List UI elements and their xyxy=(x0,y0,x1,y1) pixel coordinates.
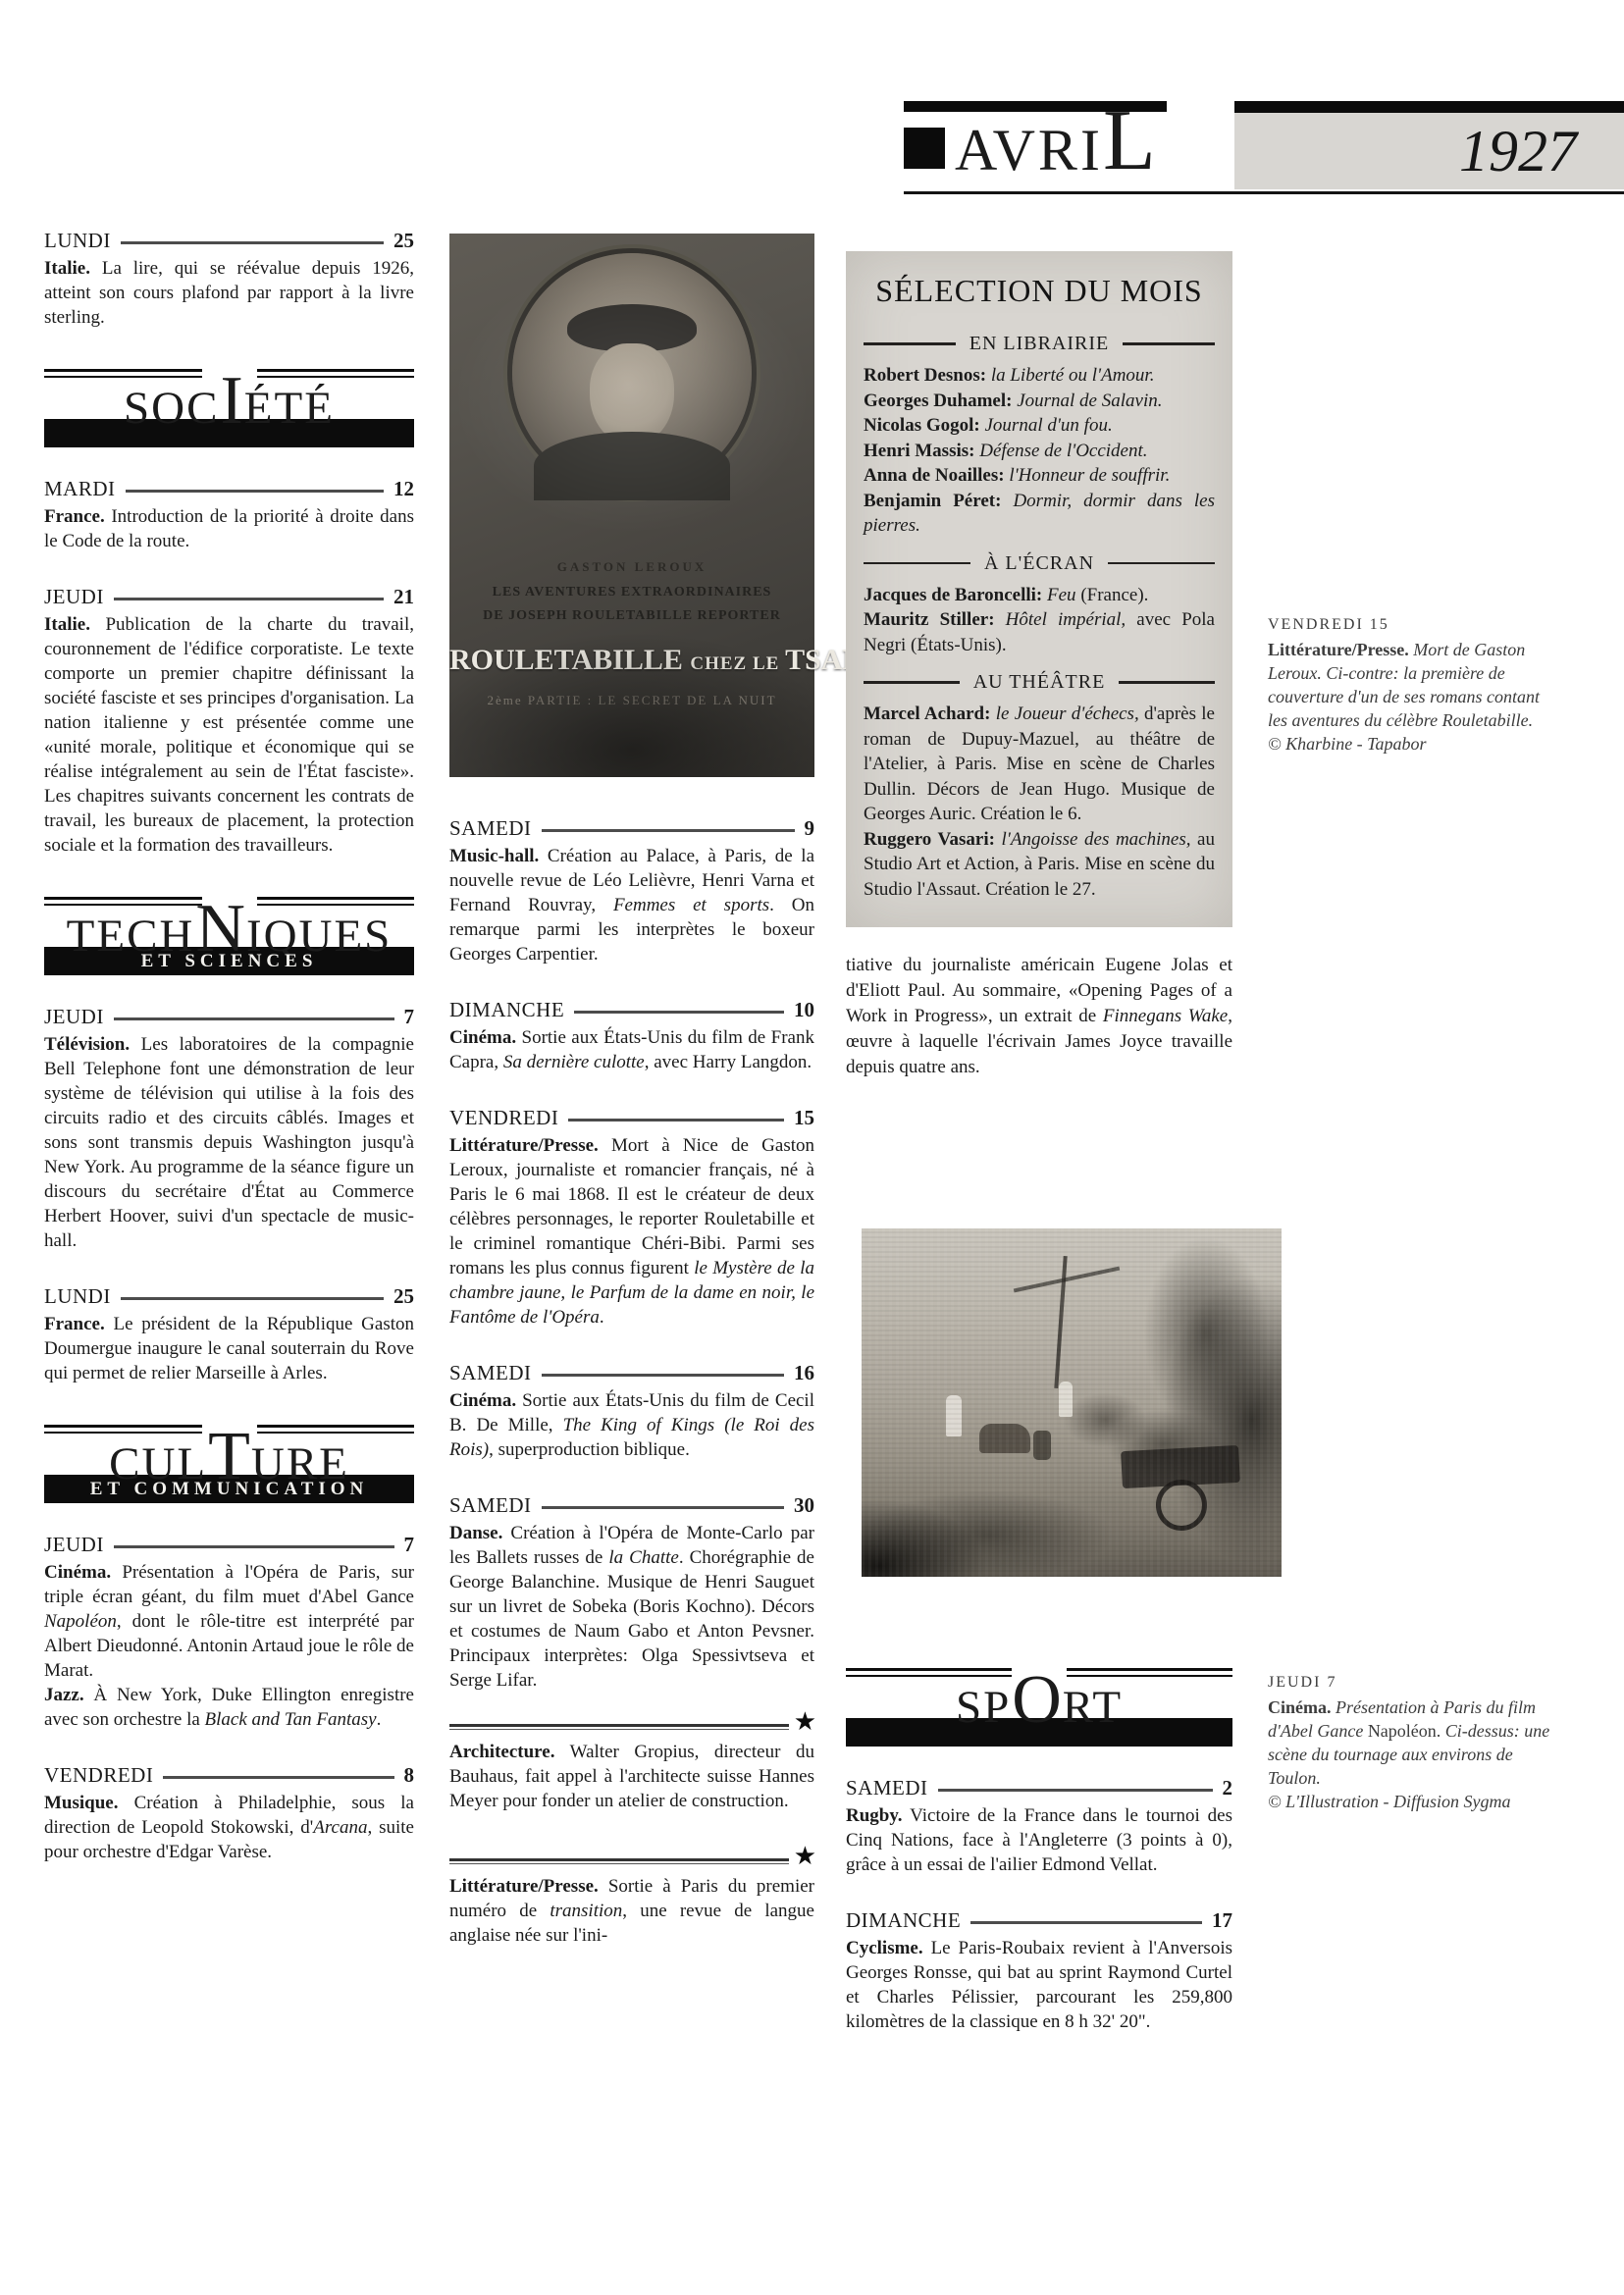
middle-entries: SAMEDI9Music-hall. Création au Palace, à… xyxy=(449,816,814,1948)
entry-rule xyxy=(542,1374,784,1377)
entry-header: SAMEDI16 xyxy=(449,1361,814,1385)
selection-item: Marcel Achard: le Joueur d'échecs, d'apr… xyxy=(864,702,1215,827)
entry-day-label: JEUDI xyxy=(44,1005,104,1029)
text-segment: Sa dernière culotte xyxy=(503,1052,645,1072)
star-item-text: Architecture. Walter Gropius, directeur … xyxy=(449,1740,814,1813)
cover-title-main: ROULETABILLE xyxy=(449,644,690,676)
entry-text: Danse. Création à l'Opéra de Monte-Carlo… xyxy=(449,1521,814,1693)
text-segment: la Chatte xyxy=(608,1547,678,1568)
entry-header: JEUDI7 xyxy=(44,1005,414,1029)
selection-item: Georges Duhamel: Journal de Salavin. xyxy=(864,389,1215,414)
rouletabille-book-cover: GASTON LEROUX LES AVENTURES EXTRAORDINAI… xyxy=(449,234,814,777)
line-segment xyxy=(846,1668,1012,1677)
text-segment: La lire, qui se réévalue depuis 1926, at… xyxy=(44,258,414,328)
text-segment: Italie. xyxy=(44,258,90,279)
entry-day-number: 16 xyxy=(794,1361,814,1385)
section-title-big-letter: I xyxy=(220,367,242,436)
entry-rule xyxy=(568,1119,784,1121)
cover-author: GASTON LEROUX xyxy=(449,559,814,575)
entry-day-label: SAMEDI xyxy=(449,1493,532,1518)
text-segment: . xyxy=(377,1709,382,1730)
caption-text: Littérature/Presse. Mort de Gaston Lerou… xyxy=(1268,638,1562,756)
calendar-entry: JEUDI7Cinéma. Présentation à l'Opéra de … xyxy=(44,1533,414,1732)
month-text: AVRI xyxy=(955,124,1103,177)
entry-header: VENDREDI15 xyxy=(449,1106,814,1130)
cover-title-small: CHEZ LE xyxy=(690,653,785,674)
cover-portrait-cap xyxy=(567,304,697,351)
line-segment xyxy=(44,369,202,378)
entry-header: DIMANCHE10 xyxy=(449,998,814,1022)
selection-item: Robert Desnos: la Liberté ou l'Amour. xyxy=(864,363,1215,389)
cover-series-line1: LES AVENTURES EXTRAORDINAIRES xyxy=(449,585,814,600)
selection-item: Nicolas Gogol: Journal d'un fou. xyxy=(864,413,1215,439)
section-black-bar: ET COMMUNICATION xyxy=(44,1475,414,1503)
entry-text: Italie. Publication de la charte du trav… xyxy=(44,612,414,858)
star-separator-line xyxy=(449,1858,789,1864)
cover-title: ROULETABILLE CHEZ LE TSAR xyxy=(449,644,814,677)
entry-day-number: 21 xyxy=(393,585,414,609)
cover-subtitle: 2ème PARTIE : LE SECRET DE LA NUIT xyxy=(449,693,814,708)
continuation-paragraph: tiative du journaliste américain Eugene … xyxy=(846,953,1232,1080)
entry-header: LUNDI25 xyxy=(44,229,414,253)
entry-text: Littérature/Presse. Mort à Nice de Gasto… xyxy=(449,1133,814,1330)
line-segment xyxy=(257,897,415,906)
calendar-entry: SAMEDI9Music-hall. Création au Palace, à… xyxy=(449,816,814,966)
selection-item: Henri Massis: Défense de l'Occident. xyxy=(864,439,1215,464)
calendar-entry: LUNDI25Italie. La lire, qui se réévalue … xyxy=(44,229,414,330)
year-text: 1927 xyxy=(1459,118,1624,185)
cover-portrait-circle xyxy=(512,253,752,493)
entry-day-label: JEUDI xyxy=(44,585,104,609)
text-segment: Henri Massis: xyxy=(864,441,974,461)
calendar-entry: JEUDI7Télévision. Les laboratoires de la… xyxy=(44,1005,414,1253)
text-segment: Femmes et sports xyxy=(613,895,769,915)
group-header-line xyxy=(1123,342,1215,345)
line-segment xyxy=(44,897,202,906)
star-icon: ★ xyxy=(794,1707,816,1737)
right-column-lower: SPORTSAMEDI2Rugby. Victoire de la France… xyxy=(846,1668,1232,2065)
text-segment: Cinéma. xyxy=(1268,1697,1332,1717)
text-segment: Finnegans Wake xyxy=(1103,1006,1228,1026)
group-header-line xyxy=(864,681,960,684)
text-segment: Anna de Noailles: xyxy=(864,465,1005,486)
entry-text: France. Le président de la République Ga… xyxy=(44,1312,414,1385)
calendar-entry: SAMEDI16Cinéma. Sortie aux États-Unis du… xyxy=(449,1361,814,1462)
black-square-icon xyxy=(904,128,945,169)
cover-series-line2: DE JOSEPH ROULETABILLE REPORTER xyxy=(449,608,814,624)
calendar-entry: VENDREDI15Littérature/Presse. Mort à Nic… xyxy=(449,1106,814,1330)
text-segment: le Joueur d'échecs, xyxy=(990,704,1138,724)
text-segment: © Kharbine - Tapabor xyxy=(1268,734,1427,754)
entry-day-label: MARDI xyxy=(44,477,116,501)
selection-group-header: AU THÉÂTRE xyxy=(864,671,1215,694)
calendar-entry: JEUDI21Italie. Publication de la charte … xyxy=(44,585,414,858)
selection-title: SÉLECTION DU MOIS xyxy=(864,273,1215,309)
section-title-post: RT xyxy=(1063,1685,1123,1731)
text-segment: l'Angoisse des machines, xyxy=(995,829,1191,850)
group-header-line xyxy=(1108,562,1215,565)
text-segment: Georges Duhamel: xyxy=(864,391,1012,411)
star-separated-item: ★Architecture. Walter Gropius, directeur… xyxy=(449,1724,814,1813)
text-segment: Rugby. xyxy=(846,1805,903,1826)
caption-text: Cinéma. Présentation à Paris du film d'A… xyxy=(1268,1695,1562,1813)
entry-rule xyxy=(970,1921,1202,1924)
year-box: 1927 xyxy=(1234,113,1624,189)
entry-day-number: 10 xyxy=(794,998,814,1022)
text-segment: Jazz. xyxy=(44,1685,84,1705)
text-segment: Arcana xyxy=(313,1817,367,1838)
text-segment: Littérature/Presse. xyxy=(449,1135,599,1156)
text-segment: transition xyxy=(550,1901,622,1921)
entry-rule xyxy=(938,1789,1213,1792)
star-icon: ★ xyxy=(794,1842,816,1871)
calendar-entry: SAMEDI2Rugby. Victoire de la France dans… xyxy=(846,1776,1232,1877)
selection-group-label: À L'ÉCRAN xyxy=(970,552,1108,575)
text-segment: Hôtel impérial, xyxy=(995,609,1126,630)
selection-group-label: AU THÉÂTRE xyxy=(960,671,1120,694)
entry-rule xyxy=(114,1545,394,1548)
text-segment: Feu xyxy=(1042,585,1075,605)
text-segment: Télévision. xyxy=(44,1034,130,1055)
text-segment: Napoléon xyxy=(44,1611,117,1632)
entry-text: Télévision. Les laboratoires de la compa… xyxy=(44,1032,414,1253)
text-segment: Music-hall. xyxy=(449,846,539,866)
entry-header: VENDREDI8 xyxy=(44,1763,414,1788)
entry-day-number: 30 xyxy=(794,1493,814,1518)
month-big-letter: L xyxy=(1103,106,1156,177)
entry-rule xyxy=(114,598,384,600)
line-segment xyxy=(1067,1668,1232,1677)
left-column: LUNDI25Italie. La lire, qui se réévalue … xyxy=(44,229,414,1896)
entry-day-label: VENDREDI xyxy=(44,1763,153,1788)
text-segment: Journal de Salavin. xyxy=(1012,391,1162,411)
entry-text: Italie. La lire, qui se réévalue depuis … xyxy=(44,256,414,330)
text-segment: © L'Illustration - Diffusion Sygma xyxy=(1268,1792,1511,1811)
text-segment: Robert Desnos: xyxy=(864,365,986,386)
section-title-pre: SOC xyxy=(124,386,219,432)
text-segment: Journal d'un fou. xyxy=(980,415,1113,436)
entry-header: SAMEDI2 xyxy=(846,1776,1232,1800)
text-segment: Benjamin Péret: xyxy=(864,491,1001,511)
entry-day-label: DIMANCHE xyxy=(449,998,564,1022)
entry-rule xyxy=(574,1011,784,1014)
entry-day-number: 8 xyxy=(404,1763,415,1788)
entry-header: SAMEDI30 xyxy=(449,1493,814,1518)
entry-text: Music-hall. Création au Palace, à Paris,… xyxy=(449,844,814,966)
entry-day-label: DIMANCHE xyxy=(846,1908,961,1933)
month-title: AVRI L xyxy=(904,106,1156,177)
magazine-page: AVRI L 1927 LUNDI25Italie. La lire, qui … xyxy=(0,0,1624,2295)
line-segment xyxy=(44,1425,202,1434)
text-segment: Black and Tan Fantasy xyxy=(205,1709,377,1730)
entry-day-number: 7 xyxy=(404,1533,415,1557)
entry-header: JEUDI7 xyxy=(44,1533,414,1557)
selection-item: Benjamin Péret: Dormir, dormir dans les … xyxy=(864,489,1215,539)
selection-groups: EN LIBRAIRIERobert Desnos: la Liberté ou… xyxy=(864,333,1215,902)
masthead-rule xyxy=(904,191,1624,194)
entry-rule xyxy=(542,1506,784,1509)
text-segment: Napoléon. xyxy=(1368,1721,1441,1741)
caption-day-label: VENDREDI 15 xyxy=(1268,616,1562,634)
text-segment: l'Honneur de souffrir. xyxy=(1005,465,1171,486)
calendar-entry: SAMEDI30Danse. Création à l'Opéra de Mon… xyxy=(449,1493,814,1693)
text-segment: Architecture. xyxy=(449,1742,554,1762)
right-column-upper: SÉLECTION DU MOIS EN LIBRAIRIERobert Des… xyxy=(846,251,1232,1099)
text-segment: Mauritz Stiller: xyxy=(864,609,995,630)
entry-header: LUNDI25 xyxy=(44,1284,414,1309)
calendar-entry: LUNDI25France. Le président de la Républ… xyxy=(44,1284,414,1385)
text-segment: Ruggero Vasari: xyxy=(864,829,995,850)
text-segment: la Liberté ou l'Amour. xyxy=(986,365,1154,386)
entry-day-label: SAMEDI xyxy=(846,1776,928,1800)
entry-day-label: LUNDI xyxy=(44,1284,111,1309)
text-segment: Littérature/Presse. xyxy=(449,1876,599,1897)
cover-portrait-shoulders xyxy=(534,432,730,500)
text-segment: Jacques de Baroncelli: xyxy=(864,585,1042,605)
star-separated-item: ★Littérature/Presse. Sortie à Paris du p… xyxy=(449,1858,814,1948)
selection-group-header: EN LIBRAIRIE xyxy=(864,333,1215,355)
cover-portrait-face xyxy=(590,343,674,445)
text-segment: Cinéma. xyxy=(44,1562,111,1583)
napoleon-filming-photo xyxy=(862,1228,1282,1577)
text-segment: Italie. xyxy=(44,614,90,635)
selection-du-mois-box: SÉLECTION DU MOIS EN LIBRAIRIERobert Des… xyxy=(846,251,1232,927)
line-segment xyxy=(257,369,415,378)
text-segment: Victoire de la France dans le tournoi de… xyxy=(846,1805,1232,1875)
section-subtitle: ET SCIENCES xyxy=(141,951,318,972)
entry-rule xyxy=(126,490,384,493)
text-segment: . xyxy=(600,1307,604,1328)
entry-day-number: 2 xyxy=(1223,1776,1233,1800)
entry-day-label: SAMEDI xyxy=(449,1361,532,1385)
calendar-entry: VENDREDI8Musique. Création à Philadelphi… xyxy=(44,1763,414,1864)
entry-day-number: 25 xyxy=(393,1284,414,1309)
entry-text: Cinéma. Sortie aux États-Unis du film de… xyxy=(449,1025,814,1074)
entry-header: SAMEDI9 xyxy=(449,816,814,841)
selection-item: Ruggero Vasari: l'Angoisse des machines,… xyxy=(864,827,1215,903)
text-segment: , superproduction biblique. xyxy=(489,1439,690,1460)
selection-item: Anna de Noailles: l'Honneur de souffrir. xyxy=(864,463,1215,489)
entry-text: Musique. Création à Philadelphie, sous l… xyxy=(44,1791,414,1864)
text-segment: Danse. xyxy=(449,1523,502,1543)
section-subtitle: ET COMMUNICATION xyxy=(90,1479,369,1500)
star-item-text: Littérature/Presse. Sortie à Paris du pr… xyxy=(449,1874,814,1948)
caption-rouletabille: VENDREDI 15Littérature/Presse. Mort de G… xyxy=(1268,616,1562,756)
entry-text: Cinéma. Présentation à l'Opéra de Paris,… xyxy=(44,1560,414,1732)
entry-day-number: 15 xyxy=(794,1106,814,1130)
text-segment: Cyclisme. xyxy=(846,1938,923,1958)
text-segment: Musique. xyxy=(44,1793,119,1813)
caption-napoleon: JEUDI 7Cinéma. Présentation à Paris du f… xyxy=(1268,1674,1562,1813)
group-header-line xyxy=(864,562,970,565)
photo-grain-overlay xyxy=(862,1228,1282,1577)
entry-day-number: 17 xyxy=(1212,1908,1232,1933)
entry-text: Cyclisme. Le Paris-Roubaix revient à l'A… xyxy=(846,1936,1232,2034)
entry-rule xyxy=(163,1776,393,1779)
selection-group-header: À L'ÉCRAN xyxy=(864,552,1215,575)
text-segment: Marcel Achard: xyxy=(864,704,990,724)
entry-day-label: VENDREDI xyxy=(449,1106,558,1130)
entry-day-number: 25 xyxy=(393,229,414,253)
section-header-culture: CULTUREET COMMUNICATION xyxy=(44,1425,414,1503)
middle-column: GASTON LEROUX LES AVENTURES EXTRAORDINAI… xyxy=(449,234,814,1993)
group-header-line xyxy=(864,342,956,345)
text-segment: Publication de la charte du travail, cou… xyxy=(44,614,414,856)
text-segment: France. xyxy=(44,506,105,527)
entry-header: MARDI12 xyxy=(44,477,414,501)
group-header-line xyxy=(1119,681,1215,684)
entry-rule xyxy=(121,1297,384,1300)
selection-item: Mauritz Stiller: Hôtel impérial, avec Po… xyxy=(864,607,1215,657)
section-header-techniques: TECHNIQUESET SCIENCES xyxy=(44,897,414,975)
star-separator-line xyxy=(449,1724,789,1730)
section-header-société: SOCIÉTÉ xyxy=(44,369,414,447)
line-segment xyxy=(257,1425,415,1434)
text-segment: France. xyxy=(44,1314,105,1334)
entry-text: France. Introduction de la priorité à dr… xyxy=(44,504,414,553)
text-segment: Nicolas Gogol: xyxy=(864,415,980,436)
entry-rule xyxy=(121,241,384,244)
entry-day-number: 9 xyxy=(805,816,815,841)
entry-header: JEUDI21 xyxy=(44,585,414,609)
entry-rule xyxy=(114,1017,394,1020)
masthead: AVRI L 1927 xyxy=(0,0,1624,206)
section-title-post: ÉTÉ xyxy=(244,386,335,432)
section-header-sport: SPORT xyxy=(846,1668,1232,1747)
text-segment: , avec Harry Langdon. xyxy=(645,1052,812,1072)
text-segment: Cinéma. xyxy=(449,1027,516,1048)
text-segment: . Chorégraphie de George Balanchine. Mus… xyxy=(449,1547,814,1691)
text-segment: Cinéma. xyxy=(449,1390,516,1411)
entry-day-label: SAMEDI xyxy=(449,816,532,841)
entry-text: Rugby. Victoire de la France dans le tou… xyxy=(846,1803,1232,1877)
year-top-bar xyxy=(1234,101,1624,113)
entry-day-number: 12 xyxy=(393,477,414,501)
calendar-entry: DIMANCHE17Cyclisme. Le Paris-Roubaix rev… xyxy=(846,1908,1232,2034)
entry-day-label: LUNDI xyxy=(44,229,111,253)
caption-day-label: JEUDI 7 xyxy=(1268,1674,1562,1692)
entry-rule xyxy=(542,829,795,832)
text-segment: (France). xyxy=(1076,585,1149,605)
entry-header: DIMANCHE17 xyxy=(846,1908,1232,1933)
calendar-entry: MARDI12France. Introduction de la priori… xyxy=(44,477,414,553)
entry-day-number: 7 xyxy=(404,1005,415,1029)
selection-group-label: EN LIBRAIRIE xyxy=(956,333,1124,355)
text-segment: Les laboratoires de la compagnie Bell Te… xyxy=(44,1034,414,1251)
calendar-entry: DIMANCHE10Cinéma. Sortie aux États-Unis … xyxy=(449,998,814,1074)
text-segment: Littérature/Presse. xyxy=(1268,640,1409,659)
entry-day-label: JEUDI xyxy=(44,1533,104,1557)
text-segment: Défense de l'Occident. xyxy=(974,441,1147,461)
selection-item: Jacques de Baroncelli: Feu (France). xyxy=(864,583,1215,608)
section-title-pre: SP xyxy=(956,1685,1011,1731)
entry-text: Cinéma. Sortie aux États-Unis du film de… xyxy=(449,1388,814,1462)
section-title-big-letter: O xyxy=(1012,1666,1062,1735)
